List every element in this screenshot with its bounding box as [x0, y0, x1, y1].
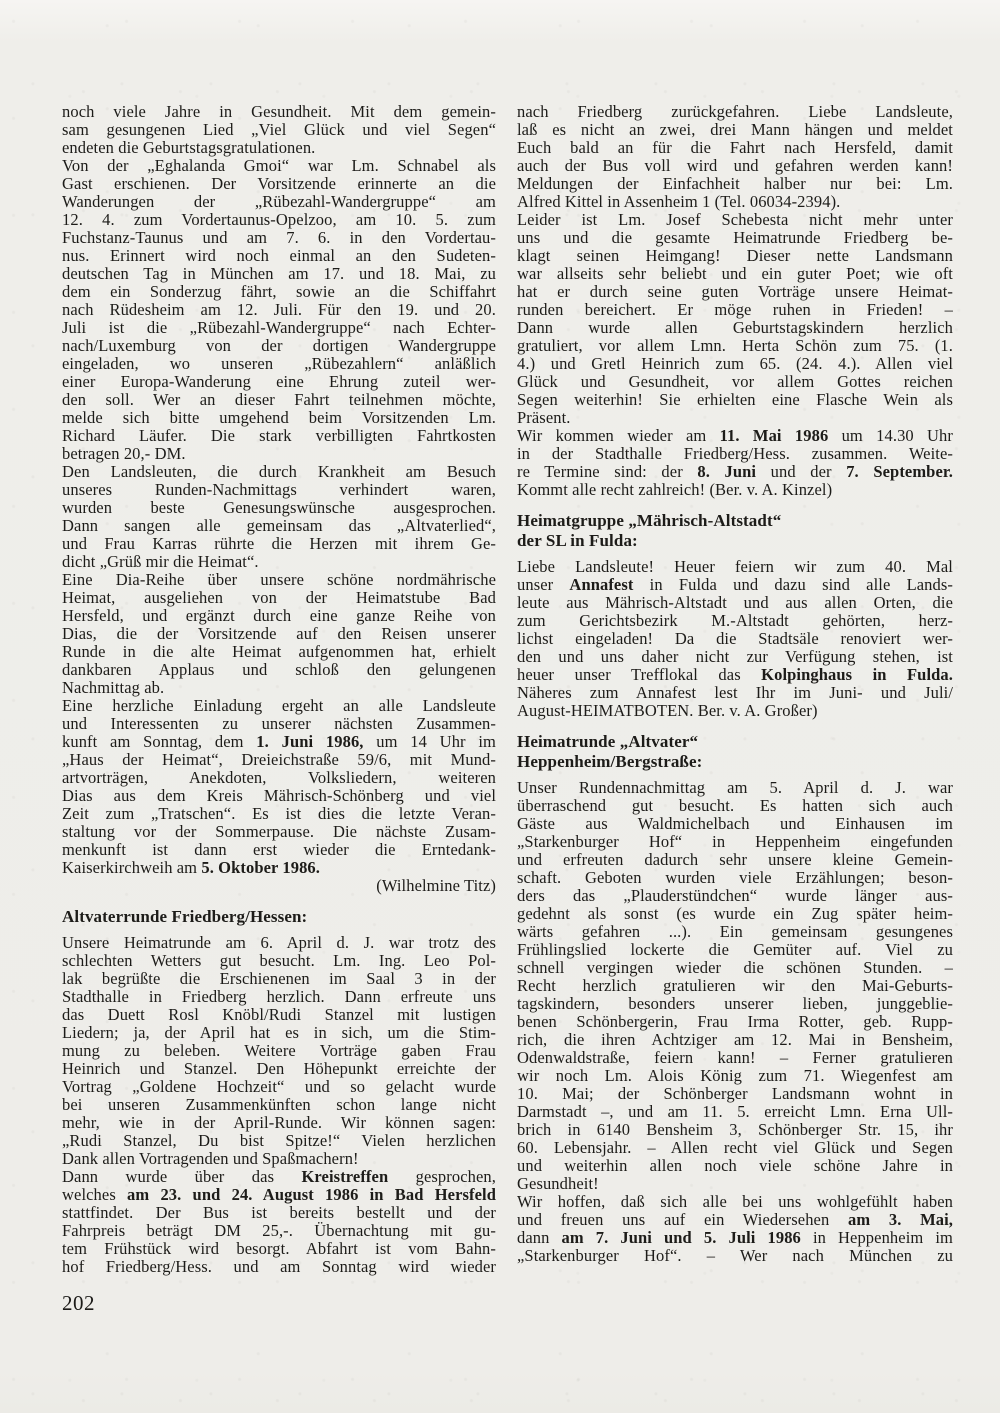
- text-line: Eine herzliche Einladung ergeht an alle …: [62, 697, 496, 715]
- text-line: den soll. Wer an dieser Fahrt teilnehmen…: [62, 391, 496, 409]
- text-line: und erfreuten dadurch sehr unsere kleine…: [517, 851, 953, 869]
- text-line: 4.) und Gretl Heinrich zum 65. (24. 4.).…: [517, 355, 953, 373]
- paragraph: Unsere Heimatrunde am 6. April d. J. war…: [62, 934, 496, 1168]
- text-line: Zeit zum „Tratschen“. Es ist dies die le…: [62, 805, 496, 823]
- text-line: Dank allen Vortragenden und Spaßmachern!: [62, 1150, 496, 1168]
- text-line: Alfred Kittel in Assenheim 1 (Tel. 06034…: [517, 193, 953, 211]
- text-line: Nachmittag ab.: [62, 679, 496, 697]
- text-line: Dias aus dem Kreis Mährisch-Schönberg un…: [62, 787, 496, 805]
- paragraph: Dann wurde über das Kreistreffen gesproc…: [62, 1168, 496, 1276]
- text-line: Dias, die der Vorsitzende auf den Reisen…: [62, 625, 496, 643]
- bold-text: am 3. Mai,: [848, 1210, 953, 1229]
- page-number: 202: [62, 1291, 95, 1316]
- paragraph: Eine herzliche Einladung ergeht an alle …: [62, 697, 496, 877]
- paragraph: Eine Dia-Reihe über unsere schöne nordmä…: [62, 571, 496, 697]
- text-line: dicht „Grüß mir die Heimat“.: [62, 553, 496, 571]
- text-line: Liedern; ja, der April hat es in sich, u…: [62, 1024, 496, 1042]
- text-line: Juli ist die „Rübezahl-Wandergruppe“ nac…: [62, 319, 496, 337]
- text-line: Altvaterrunde Friedberg/Hessen:: [62, 907, 496, 927]
- text-line: Odenwaldstraße, feiern kann! – Ferner gr…: [517, 1049, 953, 1067]
- text-line: Segen weiterhin! Sie erhielten eine Flas…: [517, 391, 953, 409]
- text-line: kunft am Sonntag, dem 1. Juni 1986, um 1…: [62, 733, 496, 751]
- text-line: Unsere Heimatrunde am 6. April d. J. war…: [62, 934, 496, 952]
- text-line: nus. Erinnert wird noch einmal an den Su…: [62, 247, 496, 265]
- paragraph: noch viele Jahre in Gesundheit. Mit dem …: [62, 103, 496, 157]
- text-line: benen Schönbergerin, Frau Irma Rotter, g…: [517, 1013, 953, 1031]
- bold-text: am 7. Juni und 5. Juli 1986: [562, 1228, 801, 1247]
- text-line: hof Friedberg/Hess. und am Sonntag wird …: [62, 1258, 496, 1276]
- text-line: betragen 20,- DM.: [62, 445, 496, 463]
- text-line: unseres Runden-Nachmittags verhindert wa…: [62, 481, 496, 499]
- paragraph: nach Friedberg zurückgefahren. Liebe Lan…: [517, 103, 953, 211]
- text-line: Präsent.: [517, 409, 953, 427]
- text-line: gedehnt als sonst (es wurde ein Zug spät…: [517, 905, 953, 923]
- text-line: noch viele Jahre in Gesundheit. Mit dem …: [62, 103, 496, 121]
- section-heading: Heimatgruppe „Mährisch-Altstadt“der SL i…: [517, 511, 953, 551]
- paragraph: Von der „Eghalanda Gmoi“ war Lm. Schnabe…: [62, 157, 496, 463]
- text-line: Richard Läufer. Die stark verbilligten F…: [62, 427, 496, 445]
- text-line: einer Europa-Wanderung eine Ehrung zutei…: [62, 373, 496, 391]
- text-line: überraschend gut besucht. Es hatten sich…: [517, 797, 953, 815]
- bold-text: 1. Juni 1986,: [256, 732, 363, 751]
- bold-text: 7. September.: [846, 462, 953, 481]
- text-line: Fahrpreis beträgt DM 25,-. Übernachtung …: [62, 1222, 496, 1240]
- text-line: „Starkenburger Hof“ in Heppenheim eingef…: [517, 833, 953, 851]
- bold-text: am 23. und 24. August 1986 in Bad Hersfe…: [127, 1185, 496, 1204]
- text-line: mung zu beleben. Weitere Vorträge gaben …: [62, 1042, 496, 1060]
- section-heading: Altvaterrunde Friedberg/Hessen:: [62, 907, 496, 927]
- right-text-column: nach Friedberg zurückgefahren. Liebe Lan…: [517, 103, 953, 1265]
- text-line: zum Gerichtsbezirk M.-Altstadt gehörten,…: [517, 612, 953, 630]
- text-line: „Starkenburger Hof“. – Wer nach München …: [517, 1247, 953, 1265]
- text-line: welches am 23. und 24. August 1986 in Ba…: [62, 1186, 496, 1204]
- text-line: und Interessenten zu unserer nächsten Zu…: [62, 715, 496, 733]
- section-heading: Heimatrunde „Altvater“Heppenheim/Bergstr…: [517, 732, 953, 772]
- text-line: gratuliert, vor allem Lmn. Herta Schön z…: [517, 337, 953, 355]
- text-line: und freuen uns auf ein Wiedersehen am 3.…: [517, 1211, 953, 1229]
- text-line: nach/Luxemburg von der dortigen Wandergr…: [62, 337, 496, 355]
- text-line: Heppenheim/Bergstraße:: [517, 752, 953, 772]
- text-line: Heimat, ausgeliehen von der Heimatstube …: [62, 589, 496, 607]
- text-line: brich in 6140 Bensheim 3, Schönberger St…: [517, 1121, 953, 1139]
- text-line: Gäste aus Waldmichelbach und Einhausen i…: [517, 815, 953, 833]
- text-line: eingeladen, wo unseren „Rübezahlern“ anl…: [62, 355, 496, 373]
- text-line: Gast erschienen. Der Vorsitzende erinner…: [62, 175, 496, 193]
- text-line: Runde in die alte Heimat aufgenommen hat…: [62, 643, 496, 661]
- text-line: Dann wurde über das Kreistreffen gesproc…: [62, 1168, 496, 1186]
- text-line: Liebe Landsleute! Heuer feiern wir zum 4…: [517, 558, 953, 576]
- text-line: „Rudi Stanzel, Du bist Spitze!“ Vielen h…: [62, 1132, 496, 1150]
- text-line: wurden beste Genesungswünsche ausgesproc…: [62, 499, 496, 517]
- text-line: leute aus Mährisch-Altstadt und aus alle…: [517, 594, 953, 612]
- text-line: artvorträgen, Anekdoten, Volksliedern, w…: [62, 769, 496, 787]
- text-line: sam gesungenen Lied „Viel Glück und viel…: [62, 121, 496, 139]
- text-line: „Haus der Heimat“, Dreieichstraße 59/6, …: [62, 751, 496, 769]
- text-line: und weiterhin allen noch viele schöne Ja…: [517, 1157, 953, 1175]
- text-line: Wanderungen der „Rübezahl-Wandergruppe“ …: [62, 193, 496, 211]
- text-line: Leider ist Lm. Josef Schebesta nicht meh…: [517, 211, 953, 229]
- text-line: Wir hoffen, daß sich alle bei uns wohlge…: [517, 1193, 953, 1211]
- text-line: und Frau Karras rührte die Herzen mit ih…: [62, 535, 496, 553]
- text-line: wärts gefahren ...). Ein gemeinsam gesun…: [517, 923, 953, 941]
- signature: (Wilhelmine Titz): [62, 877, 496, 895]
- text-line: Glück und Gesundheit, vor allem Gottes r…: [517, 373, 953, 391]
- text-line: bei unseren Zusammenkünften schon lange …: [62, 1096, 496, 1114]
- bold-text: Kreistreffen: [302, 1167, 389, 1186]
- bold-text: 8. Juni: [697, 462, 756, 481]
- bold-text: 11. Mai 1986: [720, 426, 829, 445]
- text-line: dann am 7. Juni und 5. Juli 1986 in Hepp…: [517, 1229, 953, 1247]
- text-line: schaft. Geboten wurden viele Erzählungen…: [517, 869, 953, 887]
- text-line: 60. Lebensjahr. – Allen recht viel Glück…: [517, 1139, 953, 1157]
- text-line: auch der Bus voll wird und gefahren werd…: [517, 157, 953, 175]
- text-line: ders das „Plauderstündchen“ wurde länger…: [517, 887, 953, 905]
- text-line: Darmstadt –, und am 11. 5. erreicht Lmn.…: [517, 1103, 953, 1121]
- text-line: 10. Mai; der Schönberger Landsmann wohnt…: [517, 1085, 953, 1103]
- bold-text: Annafest: [569, 575, 633, 594]
- text-line: rich, die ihren Achtziger am 12. Mai in …: [517, 1031, 953, 1049]
- text-line: hat er durch seine guten Vorträge unsere…: [517, 283, 953, 301]
- text-line: in der Stadthalle Friedberg/Hess. zusamm…: [517, 445, 953, 463]
- text-line: Eine Dia-Reihe über unsere schöne nordmä…: [62, 571, 496, 589]
- text-line: Näheres zum Annafest lest Ihr im Juni- u…: [517, 684, 953, 702]
- scanned-newsletter-page: noch viele Jahre in Gesundheit. Mit dem …: [0, 0, 1000, 1413]
- text-line: Meldungen der Einfachheit halber nur bei…: [517, 175, 953, 193]
- text-line: schnell vergingen wieder die schönen Stu…: [517, 959, 953, 977]
- text-line: Heimatgruppe „Mährisch-Altstadt“: [517, 511, 953, 531]
- text-line: tagskindern, besonders unserer lieben, j…: [517, 995, 953, 1013]
- text-line: 12. 4. zum Vordertaunus-Opelzoo, am 10. …: [62, 211, 496, 229]
- text-line: schlechten Wetters gut besucht. Lm. Ing.…: [62, 952, 496, 970]
- text-line: stattfindet. Der Bus ist bereits bestell…: [62, 1204, 496, 1222]
- text-line: dankbaren Applaus und schloß den gelunge…: [62, 661, 496, 679]
- text-line: Euch bald an für die Fahrt nach Hersfeld…: [517, 139, 953, 157]
- text-line: Den Landsleuten, die durch Krankheit am …: [62, 463, 496, 481]
- text-line: uns und die gesamte Heimatrunde Friedber…: [517, 229, 953, 247]
- text-line: Frühlingslied lockerte die Gemüter auf. …: [517, 941, 953, 959]
- bold-text: Kolpinghaus in Fulda.: [761, 665, 953, 684]
- text-line: der SL in Fulda:: [517, 531, 953, 551]
- paragraph: Unser Rundennachmittag am 5. April d. J.…: [517, 779, 953, 1193]
- text-line: staltung vor der Sommerpause. Die nächst…: [62, 823, 496, 841]
- text-line: Unser Rundennachmittag am 5. April d. J.…: [517, 779, 953, 797]
- bold-text: 5. Oktober 1986.: [201, 858, 320, 877]
- text-line: Kommt alle recht zahlreich! (Ber. v. A. …: [517, 481, 953, 499]
- text-line: Kaiserkirchweih am 5. Oktober 1986.: [62, 859, 496, 877]
- text-line: Gesundheit!: [517, 1175, 953, 1193]
- paragraph: Wir hoffen, daß sich alle bei uns wohlge…: [517, 1193, 953, 1265]
- paragraph: Liebe Landsleute! Heuer feiern wir zum 4…: [517, 558, 953, 720]
- text-line: Von der „Eghalanda Gmoi“ war Lm. Schnabe…: [62, 157, 496, 175]
- paragraph: Leider ist Lm. Josef Schebesta nicht meh…: [517, 211, 953, 427]
- text-line: Heimatrunde „Altvater“: [517, 732, 953, 752]
- text-line: nach Friedberg zurückgefahren. Liebe Lan…: [517, 103, 953, 121]
- text-line: laß es nicht an zwei, drei Mann hängen u…: [517, 121, 953, 139]
- text-line: unser Annafest in Fulda und dazu sind al…: [517, 576, 953, 594]
- text-line: heuer unser Trefflokal das Kolpinghaus i…: [517, 666, 953, 684]
- left-text-column: noch viele Jahre in Gesundheit. Mit dem …: [62, 103, 496, 1276]
- text-line: lichst eingeladen! Da die Stadtsäle reno…: [517, 630, 953, 648]
- text-line: lak begrüßte die Erschienenen im Saal 3 …: [62, 970, 496, 988]
- paragraph: Den Landsleuten, die durch Krankheit am …: [62, 463, 496, 571]
- text-line: tem Frühstück wird besorgt. Abfahrt ist …: [62, 1240, 496, 1258]
- text-line: das Duett Rosl Knöbl/Rudi Stanzel mit lu…: [62, 1006, 496, 1024]
- text-line: deutschen Tag in München am 17. und 18. …: [62, 265, 496, 283]
- paragraph: Wir kommen wieder am 11. Mai 1986 um 14.…: [517, 427, 953, 499]
- text-line: Vortrag „Goldene Hochzeit“ und so gelach…: [62, 1078, 496, 1096]
- text-line: Stadthalle in Friedberg herzlich. Dann e…: [62, 988, 496, 1006]
- text-line: re Termine sind: der 8. Juni und der 7. …: [517, 463, 953, 481]
- text-line: Fuchstanz-Taunus und am 7. 6. in den Vor…: [62, 229, 496, 247]
- text-line: Dann wurde allen Geburtstagskindern herz…: [517, 319, 953, 337]
- text-line: dem ein Sonderzug fährt, sowie an die Sc…: [62, 283, 496, 301]
- text-line: nach Rüdesheim am 12. Juli. Für den 19. …: [62, 301, 496, 319]
- text-line: wir noch Lm. Alois König zum 71. Wiegenf…: [517, 1067, 953, 1085]
- text-line: Heinrich und Stanzel. Den Höhepunkt erre…: [62, 1060, 496, 1078]
- text-line: den und uns daher nicht zur Verfügung st…: [517, 648, 953, 666]
- text-line: (Wilhelmine Titz): [62, 877, 496, 895]
- text-line: endeten die Geburtstagsgratulationen.: [62, 139, 496, 157]
- text-line: Hersfeld, und ergänzt durch eine ganze R…: [62, 607, 496, 625]
- text-line: menkunft ist dann erst wieder die Ernted…: [62, 841, 496, 859]
- text-line: Dann sangen alle gemeinsam das „Altvater…: [62, 517, 496, 535]
- text-line: Recht herzlich gratulieren wir den Mai-G…: [517, 977, 953, 995]
- text-line: runden bereichert. Er möge ruhen in Frie…: [517, 301, 953, 319]
- text-line: Wir kommen wieder am 11. Mai 1986 um 14.…: [517, 427, 953, 445]
- text-line: war allseits sehr beliebt und ein guter …: [517, 265, 953, 283]
- text-line: August-HEIMATBOTEN. Ber. v. A. Großer): [517, 702, 953, 720]
- text-line: mehr, wie in der April-Runde. Wir können…: [62, 1114, 496, 1132]
- text-line: klagt seinen Heimgang! Dieser nette Land…: [517, 247, 953, 265]
- text-line: melde sich bitte umgehend beim Vorsitzen…: [62, 409, 496, 427]
